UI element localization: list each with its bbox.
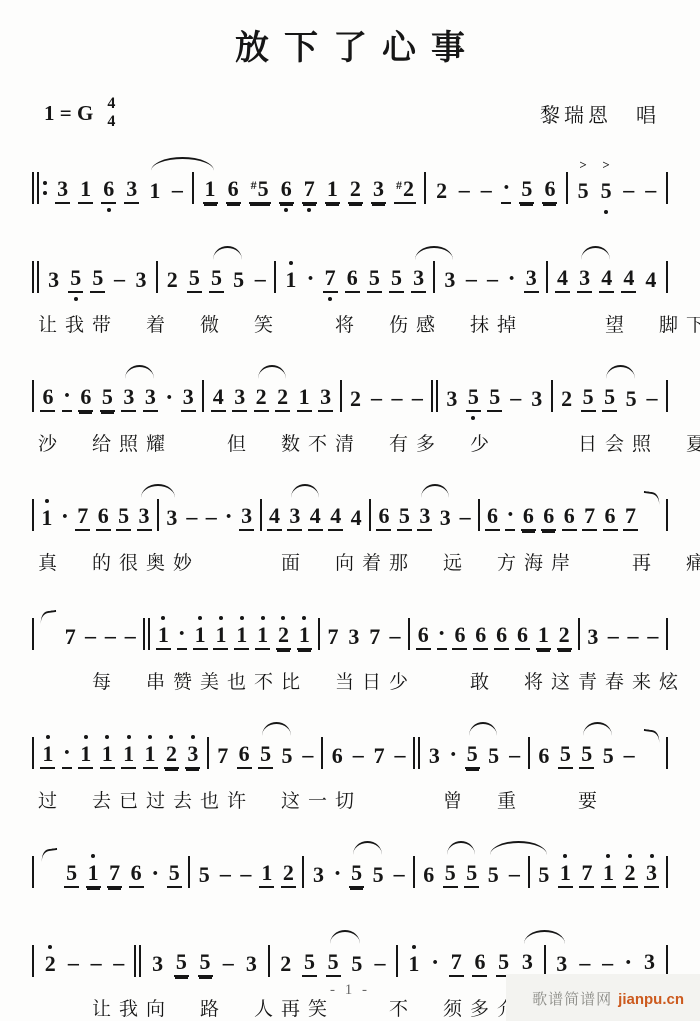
duration-dash: – bbox=[351, 744, 365, 769]
note: 1 bbox=[78, 742, 93, 769]
note: 5 bbox=[519, 177, 534, 204]
lyrics-line: 每 串赞美也不比 当日少 敢 将这青春来炫 耀 bbox=[38, 667, 670, 694]
note: 5 bbox=[624, 387, 639, 412]
augmentation-dot: · bbox=[333, 862, 343, 888]
note: 2 bbox=[281, 861, 296, 888]
note: 4 bbox=[599, 266, 614, 293]
site-link[interactable]: jianpu.cn bbox=[618, 991, 684, 1008]
note: 1 bbox=[213, 623, 228, 650]
note: 5 bbox=[466, 385, 481, 412]
duration-dash: – bbox=[218, 863, 232, 888]
sheet-music-page: 放下了心事 1 = G 4 4 黎瑞恩 唱 31631–16#567123#22… bbox=[0, 0, 700, 1021]
note: 1 bbox=[40, 742, 55, 769]
note: 5 bbox=[68, 266, 83, 293]
note: 4 bbox=[643, 268, 658, 293]
augmentation-dot: · bbox=[150, 862, 160, 888]
duration-dash: – bbox=[646, 625, 660, 650]
barline bbox=[32, 737, 34, 769]
octave-dot-above bbox=[289, 261, 293, 265]
note: 5 bbox=[581, 385, 596, 412]
note: 7 bbox=[302, 177, 317, 204]
duration-dash: – bbox=[509, 387, 523, 412]
slur-arc bbox=[490, 841, 548, 855]
barline bbox=[202, 380, 204, 412]
duration-dash: – bbox=[253, 268, 267, 293]
note: 1 bbox=[536, 623, 551, 650]
duration-dash: – bbox=[221, 952, 235, 977]
barline bbox=[424, 172, 426, 204]
note: 2 bbox=[43, 952, 58, 977]
octave-dot-below bbox=[471, 416, 475, 420]
note: 3 bbox=[524, 266, 539, 293]
note: 3 bbox=[134, 268, 149, 293]
note: 7 bbox=[372, 744, 387, 769]
note: 1 bbox=[100, 742, 115, 769]
octave-dot-below bbox=[284, 208, 288, 212]
note: 6 bbox=[40, 385, 55, 412]
duration-dash: – bbox=[507, 863, 521, 888]
octave-dot-above bbox=[105, 735, 109, 739]
octave-dot-above bbox=[148, 735, 152, 739]
note: 5 bbox=[326, 950, 341, 977]
duration-dash: – bbox=[390, 387, 404, 412]
slur-arc bbox=[583, 722, 613, 736]
duration-dash: – bbox=[644, 179, 658, 204]
note: 7 bbox=[579, 861, 594, 888]
augmentation-dot: · bbox=[505, 503, 515, 531]
augmentation-dot: · bbox=[177, 622, 187, 650]
barline bbox=[566, 172, 568, 204]
augmentation-dot: · bbox=[623, 951, 633, 977]
sharp-icon: # bbox=[251, 178, 257, 192]
note: 3 bbox=[442, 268, 457, 293]
duration-dash: – bbox=[393, 744, 407, 769]
barline bbox=[528, 856, 530, 888]
note: 3 bbox=[232, 385, 247, 412]
barline bbox=[32, 856, 34, 888]
duration-dash: – bbox=[508, 744, 522, 769]
octave-dot-above bbox=[198, 616, 202, 620]
note: 5 bbox=[116, 504, 131, 531]
tie-out-curve bbox=[643, 491, 662, 506]
note: 3 bbox=[411, 266, 426, 293]
note: 6 bbox=[494, 623, 509, 650]
duration-dash: – bbox=[112, 268, 126, 293]
duration-dash: – bbox=[204, 506, 218, 531]
note: 7 bbox=[323, 266, 338, 293]
music-line: 5176·55––123·55–6555–517123 bbox=[30, 834, 670, 902]
duration-dash: – bbox=[170, 179, 184, 204]
time-signature-bottom: 4 bbox=[107, 113, 115, 131]
lyrics-line: 让我带 着 微 笑 将 伤感 抹掉 望 脚下那 细 bbox=[38, 310, 670, 337]
duration-dash: – bbox=[464, 268, 478, 293]
note: 7 bbox=[63, 625, 78, 650]
notation-row: 31631–16#567123#22––·565>5>–– bbox=[30, 150, 670, 218]
note: 5 bbox=[174, 950, 189, 977]
duration-dash: – bbox=[606, 625, 620, 650]
slur-arc bbox=[581, 246, 611, 260]
time-signature: 4 4 bbox=[107, 95, 115, 132]
duration-dash: – bbox=[410, 387, 424, 412]
notation-row: 1·1111237655–6–7–3·55–6555– bbox=[30, 715, 670, 783]
note: 1 bbox=[203, 177, 218, 204]
duration-dash: – bbox=[103, 625, 117, 650]
note: 2 bbox=[348, 387, 363, 412]
note: 3 bbox=[417, 504, 432, 531]
note: 3 bbox=[644, 861, 659, 888]
augmentation-dot: · bbox=[437, 622, 447, 650]
barline bbox=[396, 945, 398, 977]
octave-dot-above bbox=[261, 616, 265, 620]
note: 5 bbox=[465, 742, 480, 769]
note: 1 bbox=[297, 385, 312, 412]
duration-dash: – bbox=[622, 744, 636, 769]
barline bbox=[188, 856, 190, 888]
barline bbox=[666, 380, 668, 412]
note: 2 bbox=[623, 861, 638, 888]
tie-out-curve bbox=[642, 729, 661, 744]
duration-dash: – bbox=[84, 625, 98, 650]
song-title: 放下了心事 bbox=[0, 0, 700, 69]
note: 5 bbox=[209, 266, 224, 293]
note: 3 bbox=[164, 506, 179, 531]
duration-dash: – bbox=[66, 952, 80, 977]
note: 6 bbox=[129, 861, 144, 888]
note: 5 bbox=[371, 863, 386, 888]
note: 1 bbox=[193, 623, 208, 650]
double-barline bbox=[32, 261, 39, 293]
note: 4 bbox=[328, 504, 343, 531]
note: 5 bbox=[280, 744, 295, 769]
barline bbox=[32, 380, 34, 412]
note: 2 bbox=[276, 623, 291, 650]
note: 1 bbox=[601, 861, 616, 888]
slur-arc bbox=[415, 246, 454, 260]
octave-dot-below bbox=[328, 297, 332, 301]
note: 6 bbox=[485, 504, 500, 531]
note: 5 bbox=[487, 385, 502, 412]
double-barline bbox=[143, 618, 150, 650]
note: 3 bbox=[287, 504, 302, 531]
repeat-dot bbox=[43, 181, 47, 185]
note: 1 bbox=[156, 623, 171, 650]
octave-dot-above bbox=[628, 854, 632, 858]
octave-dot-above bbox=[191, 735, 195, 739]
lyrics-line: 沙 给照耀 但 数不清 有多 少 日会照 夏 蝉会叫 bbox=[38, 429, 670, 456]
note: 3 bbox=[185, 742, 200, 769]
notation-row: 7–––1·111121737–6·6666123––– bbox=[30, 596, 670, 664]
barline bbox=[413, 856, 415, 888]
singer-credit: 黎瑞恩 唱 bbox=[540, 99, 660, 128]
barline bbox=[369, 499, 371, 531]
note: 5 bbox=[64, 861, 79, 888]
note: 3 bbox=[585, 625, 600, 650]
augmentation-dot: · bbox=[430, 951, 440, 977]
note: 3 bbox=[520, 950, 535, 977]
octave-dot-above bbox=[45, 499, 49, 503]
barline bbox=[32, 499, 34, 531]
barline bbox=[666, 618, 668, 650]
note: 5 bbox=[486, 744, 501, 769]
note: 4 bbox=[267, 504, 282, 531]
octave-dot-above bbox=[169, 735, 173, 739]
note: 5 bbox=[100, 385, 115, 412]
augmentation-dot: · bbox=[224, 505, 234, 531]
octave-dot-above bbox=[281, 616, 285, 620]
repeat-dots bbox=[43, 181, 47, 195]
note: 3 bbox=[642, 950, 657, 977]
note: 6 bbox=[226, 177, 241, 204]
note: 3 bbox=[371, 177, 386, 204]
barline bbox=[408, 618, 410, 650]
note: 3 bbox=[311, 863, 326, 888]
octave-dot-above bbox=[161, 616, 165, 620]
sharp-icon: # bbox=[396, 178, 402, 192]
music-line: 6·6533·34322132–––355–32555–沙 给照耀 但 数不清 … bbox=[30, 358, 670, 456]
note: 6 bbox=[345, 266, 360, 293]
barline bbox=[478, 499, 480, 531]
notation-row: 355–32555–1·765533––·343444 bbox=[30, 239, 670, 307]
octave-dot-below bbox=[74, 297, 78, 301]
duration-dash: – bbox=[645, 387, 659, 412]
note: 7 bbox=[367, 625, 382, 650]
barline bbox=[156, 261, 158, 293]
note: 6 bbox=[330, 744, 345, 769]
note: 7 bbox=[449, 950, 464, 977]
music-line: 355–32555–1·765533––·343444让我带 着 微 笑 将 伤… bbox=[30, 239, 670, 337]
note: 1 bbox=[283, 268, 298, 293]
notation-row: 6·6533·34322132–––355–32555– bbox=[30, 358, 670, 426]
duration-dash: – bbox=[301, 744, 315, 769]
barline bbox=[666, 172, 668, 204]
note: 1 bbox=[86, 861, 101, 888]
octave-dot-above bbox=[84, 735, 88, 739]
duration-dash: – bbox=[388, 625, 402, 650]
note: 5 bbox=[601, 744, 616, 769]
note: 2 bbox=[254, 385, 269, 412]
slur-arc bbox=[141, 484, 176, 498]
double-barline bbox=[413, 737, 420, 769]
note: 6 bbox=[96, 504, 111, 531]
slur-arc bbox=[524, 930, 566, 944]
augmentation-dot: · bbox=[501, 176, 511, 204]
note: 5> bbox=[576, 179, 591, 204]
note: 6 bbox=[421, 863, 436, 888]
duration-dash: – bbox=[626, 625, 640, 650]
note: 5 bbox=[496, 950, 511, 977]
note: 6 bbox=[541, 504, 556, 531]
octave-dot-below bbox=[307, 208, 311, 212]
meta-row: 1 = G 4 4 黎瑞恩 唱 bbox=[44, 95, 660, 132]
music-line: 1·76533––·3434446533–6·666767真 的很奥妙 面 向着… bbox=[30, 477, 670, 575]
note: 7 bbox=[623, 504, 638, 531]
duration-dash: – bbox=[479, 179, 493, 204]
note: 6 bbox=[542, 177, 557, 204]
barline bbox=[528, 737, 530, 769]
note: 6 bbox=[101, 177, 116, 204]
note: 3 bbox=[346, 625, 361, 650]
note: 3 bbox=[150, 952, 165, 977]
note: 3 bbox=[444, 387, 459, 412]
slur-arc bbox=[606, 365, 636, 379]
duration-dash: – bbox=[373, 952, 387, 977]
note: 6 bbox=[536, 744, 551, 769]
note: 5 bbox=[602, 385, 617, 412]
note: 2 bbox=[557, 623, 572, 650]
duration-dash: – bbox=[392, 863, 406, 888]
octave-dot-below bbox=[604, 210, 608, 214]
duration-dash: – bbox=[123, 625, 137, 650]
duration-dash: – bbox=[112, 952, 126, 977]
augmentation-dot: · bbox=[306, 267, 316, 293]
note: 5 bbox=[579, 742, 594, 769]
note: #2 bbox=[394, 177, 416, 204]
note: 5 bbox=[187, 266, 202, 293]
note: 7 bbox=[75, 504, 90, 531]
note: 1 bbox=[325, 177, 340, 204]
repeat-dot bbox=[43, 191, 47, 195]
note: 3 bbox=[427, 744, 442, 769]
note: 3 bbox=[239, 504, 254, 531]
barline bbox=[274, 261, 276, 293]
note: 1 bbox=[259, 861, 274, 888]
note: 1 bbox=[143, 742, 158, 769]
note: 4 bbox=[621, 266, 636, 293]
note: 5 bbox=[198, 950, 213, 977]
note: 6 bbox=[279, 177, 294, 204]
note: 3 bbox=[529, 387, 544, 412]
octave-dot-above bbox=[219, 616, 223, 620]
key-signature: 1 = G bbox=[44, 101, 93, 126]
octave-dot-above bbox=[650, 854, 654, 858]
octave-dot-above bbox=[91, 854, 95, 858]
note: 3 bbox=[137, 504, 152, 531]
note: 6 bbox=[472, 950, 487, 977]
augmentation-dot: · bbox=[60, 505, 70, 531]
octave-dot-above bbox=[412, 945, 416, 949]
octave-dot-above bbox=[606, 854, 610, 858]
augmentation-dot: · bbox=[62, 384, 72, 412]
note: 5 bbox=[486, 863, 501, 888]
note: 7 bbox=[215, 744, 230, 769]
duration-dash: – bbox=[457, 179, 471, 204]
duration-dash: – bbox=[486, 268, 500, 293]
note: 3 bbox=[318, 385, 333, 412]
note: 5 bbox=[302, 950, 317, 977]
barline bbox=[666, 945, 668, 977]
note: 1 bbox=[121, 742, 136, 769]
note: 6 bbox=[237, 742, 252, 769]
note: 3 bbox=[244, 952, 259, 977]
note: 6 bbox=[562, 504, 577, 531]
slur-arc bbox=[291, 484, 320, 498]
site-watermark: 歌谱简谱网jianpu.cn bbox=[506, 974, 700, 1021]
notation-row: 1·76533––·3434446533–6·666767 bbox=[30, 477, 670, 545]
note: 2 bbox=[275, 385, 290, 412]
barline bbox=[578, 618, 580, 650]
music-line: 1·1111237655–6–7–3·55–6555–过 去已过去也许 这一切 … bbox=[30, 715, 670, 813]
note: 7 bbox=[326, 625, 341, 650]
barline bbox=[666, 737, 668, 769]
slur-arc bbox=[151, 157, 215, 171]
note: 1 bbox=[255, 623, 270, 650]
note: 2 bbox=[559, 387, 574, 412]
double-barline bbox=[134, 945, 141, 977]
note: 2 bbox=[164, 742, 179, 769]
note: 1 bbox=[297, 623, 312, 650]
barline bbox=[546, 261, 548, 293]
barline bbox=[32, 618, 34, 650]
barline bbox=[318, 618, 320, 650]
duration-dash: – bbox=[369, 387, 383, 412]
music-line: 31631–16#567123#22––·565>5>–– bbox=[30, 150, 670, 218]
barline bbox=[260, 499, 262, 531]
barline bbox=[32, 945, 34, 977]
augmentation-dot: · bbox=[507, 267, 517, 293]
repeat-open-barline bbox=[32, 172, 47, 204]
duration-dash: – bbox=[239, 863, 253, 888]
note: 5 bbox=[197, 863, 212, 888]
note: 1 bbox=[406, 952, 421, 977]
barline bbox=[207, 737, 209, 769]
note: 5 bbox=[397, 504, 412, 531]
barline bbox=[321, 737, 323, 769]
augmentation-dot: · bbox=[62, 741, 72, 769]
tie-in-curve bbox=[40, 848, 59, 863]
duration-dash: – bbox=[622, 179, 636, 204]
accent-mark: > bbox=[579, 158, 586, 171]
slur-arc bbox=[258, 365, 287, 379]
barline bbox=[433, 261, 435, 293]
note: 1 bbox=[78, 177, 93, 204]
barline bbox=[340, 380, 342, 412]
note: 6 bbox=[521, 504, 536, 531]
note: 4 bbox=[211, 385, 226, 412]
augmentation-dot: · bbox=[164, 386, 174, 412]
barline-pair bbox=[32, 172, 39, 204]
note: 5 bbox=[231, 268, 246, 293]
key-time-signature: 1 = G 4 4 bbox=[44, 95, 115, 132]
note: 6 bbox=[78, 385, 93, 412]
lyrics-line: 真 的很奥妙 面 向着那 远 方海岸 再 痛快放声叫器 bbox=[38, 548, 670, 575]
note: 1 bbox=[558, 861, 573, 888]
notation-row: 5176·55––123·55–6555–517123 bbox=[30, 834, 670, 902]
slur-arc bbox=[213, 246, 243, 260]
barline bbox=[666, 261, 668, 293]
slur-arc bbox=[353, 841, 383, 855]
note: 5 bbox=[558, 742, 573, 769]
note: 2 bbox=[348, 177, 363, 204]
slur-arc bbox=[125, 365, 155, 379]
note: 5 bbox=[349, 952, 364, 977]
barline bbox=[268, 945, 270, 977]
note: 5 bbox=[258, 742, 273, 769]
note: 3 bbox=[124, 177, 139, 204]
augmentation-dot: · bbox=[448, 743, 458, 769]
note: 5 bbox=[367, 266, 382, 293]
note: 2 bbox=[165, 268, 180, 293]
note: 6 bbox=[452, 623, 467, 650]
barline bbox=[666, 499, 668, 531]
note: 2 bbox=[278, 952, 293, 977]
note: 6 bbox=[473, 623, 488, 650]
note: 5 bbox=[443, 861, 458, 888]
octave-dot-below bbox=[107, 208, 111, 212]
note: 1 bbox=[39, 506, 54, 531]
note: 7 bbox=[107, 861, 122, 888]
note: 3 bbox=[121, 385, 136, 412]
music-line: 7–––1·111121737–6·6666123––– 每 串赞美也不比 当日… bbox=[30, 596, 670, 694]
